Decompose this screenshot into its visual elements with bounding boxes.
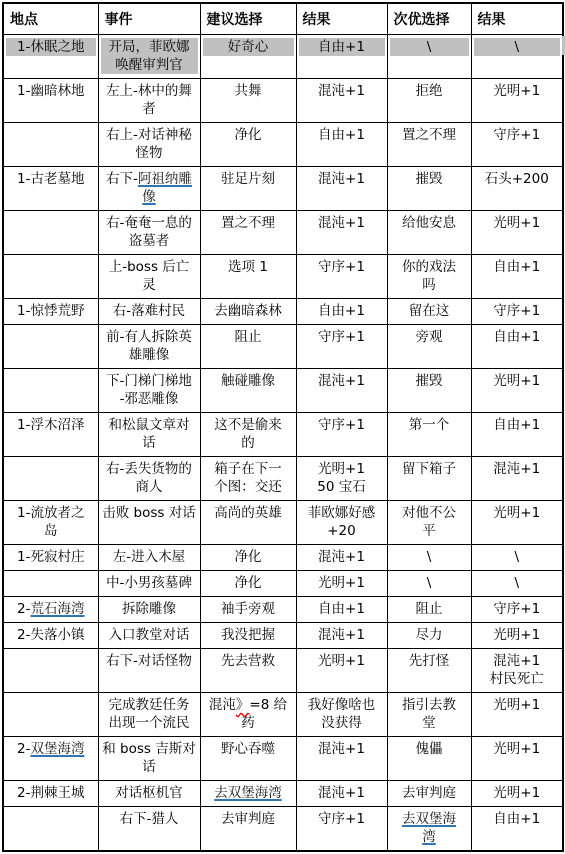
table-cell: 混沌+1: [471, 457, 563, 501]
column-header: 地点: [3, 3, 98, 35]
cell-text: 对他不公 平: [390, 504, 469, 540]
cell-text: 和 boss 吉斯对 话: [101, 740, 198, 776]
cell-text: [6, 328, 96, 346]
table-cell: 混沌+1 村民死亡: [471, 649, 563, 693]
cell-text: [6, 214, 96, 232]
cell-text: 光明+1: [474, 214, 561, 232]
table-cell: 共舞: [200, 79, 296, 123]
table-cell: 去双堡海 湾: [387, 807, 471, 852]
table-cell: 光明+1: [471, 781, 563, 807]
cell-text: [6, 126, 96, 144]
cell-text: \: [474, 548, 561, 566]
cell-text: 守序+1: [299, 416, 385, 434]
cell-text: 2-荒石海湾: [6, 600, 96, 618]
table-cell: 好奇心: [200, 35, 296, 79]
cell-text: 拒绝: [390, 82, 469, 100]
table-cell: [3, 325, 98, 369]
cell-text: 光明+1: [474, 372, 561, 390]
cell-text: 自由+1: [474, 810, 561, 828]
cell-text: 我好像啥也 没获得: [299, 696, 385, 732]
table-cell: 自由+1: [471, 807, 563, 852]
cell-text: 守序+1: [299, 258, 385, 276]
cell-text: 菲欧娜好感 +20: [299, 504, 385, 540]
table-cell: \: [471, 571, 563, 597]
cell-text: 自由+1: [474, 416, 561, 434]
cell-text: 野心吞噬: [203, 740, 294, 758]
table-cell: 光明+1: [471, 737, 563, 781]
table-cell: 击败 boss 对话: [98, 501, 200, 545]
table-cell: 上-boss 后亡 灵: [98, 255, 200, 299]
table-cell: 自由+1: [471, 413, 563, 457]
table-cell: 开局，菲欧娜 唤醒审判官: [98, 35, 200, 79]
table-cell: 2-双堡海湾: [3, 737, 98, 781]
table-cell: 野心吞噬: [200, 737, 296, 781]
table-cell: 第一个: [387, 413, 471, 457]
table-cell: 傀儡: [387, 737, 471, 781]
table-row: 右-奄奄一息的 盗墓者置之不理混沌+1给他安息光明+1: [3, 211, 563, 255]
cell-text: 1-惊悸荒野: [6, 302, 96, 320]
hyperlink[interactable]: 去双堡海 湾: [402, 811, 456, 845]
cell-text: 光明+1: [299, 574, 385, 592]
table-cell: 你的戏法 吗: [387, 255, 471, 299]
table-cell: 选项 1: [200, 255, 296, 299]
table-cell: 袖手旁观: [200, 597, 296, 623]
table-cell: 置之不理: [387, 123, 471, 167]
table-cell: 完成教廷任务 出现一个流民: [98, 693, 200, 737]
table-cell: \: [471, 545, 563, 571]
column-header: 结果: [296, 3, 387, 35]
table-cell: 拆除雕像: [98, 597, 200, 623]
cell-text: 混沌+1: [299, 740, 385, 758]
table-cell: 自由+1: [471, 325, 563, 369]
cell-text: 混沌》=8 给 药: [203, 696, 294, 732]
cell-text: 光明+1: [299, 652, 385, 670]
cell-text: 左-进入木屋: [101, 548, 198, 566]
cell-text: 右上-对话神秘 怪物: [101, 126, 198, 162]
table-cell: 先去营救: [200, 649, 296, 693]
table-cell: 右下-猎人: [98, 807, 200, 852]
cell-text: 给他安息: [390, 214, 469, 232]
table-cell: 光明+1: [471, 501, 563, 545]
cell-text: 共舞: [203, 82, 294, 100]
table-row: 前-有人拆除英 雄雕像阻止守序+1旁观自由+1: [3, 325, 563, 369]
cell-text: 右-落难村民: [101, 302, 198, 320]
cell-text: 去幽暗森林: [203, 302, 294, 320]
table-cell: 和松鼠文章对 话: [98, 413, 200, 457]
table-cell: 左上-林中的舞 者: [98, 79, 200, 123]
table-cell: 留下箱子: [387, 457, 471, 501]
table-cell: 混沌+1: [296, 79, 387, 123]
table-body: 1-休眠之地开局，菲欧娜 唤醒审判官好奇心自由+1\\1-幽暗林地左上-林中的舞…: [3, 35, 563, 852]
table-cell: \: [387, 571, 471, 597]
table-cell: 混沌》=8 给 药: [200, 693, 296, 737]
table-cell: 摧毁: [387, 167, 471, 211]
table-cell: [3, 369, 98, 413]
table-cell: 留在这: [387, 299, 471, 325]
table-cell: 自由+1: [296, 123, 387, 167]
column-header: 次优选择: [387, 3, 471, 35]
cell-text: 下-门梯门梯地 -邪恶雕像: [101, 372, 198, 408]
table-cell: 菲欧娜好感 +20: [296, 501, 387, 545]
table-cell: [3, 649, 98, 693]
table-cell: 1-浮木沼泽: [3, 413, 98, 457]
cell-text: 2-荆棘王城: [6, 784, 96, 802]
cell-text: 置之不理: [390, 126, 469, 144]
table-cell: 阻止: [200, 325, 296, 369]
cell-text: 1-死寂村庄: [6, 548, 96, 566]
cell-text: 去审判庭: [390, 784, 469, 802]
cell-text: 驻足片刻: [203, 170, 294, 188]
table-cell: 我没把握: [200, 623, 296, 649]
table-cell: 1-死寂村庄: [3, 545, 98, 571]
hyperlink[interactable]: 双堡海湾: [30, 741, 84, 757]
table-cell: 高尚的英雄: [200, 501, 296, 545]
cell-text: 先去营救: [203, 652, 294, 670]
table-row: 1-浮木沼泽和松鼠文章对 话这不是偷来 的守序+1第一个自由+1: [3, 413, 563, 457]
table-row: 上-boss 后亡 灵选项 1守序+1你的戏法 吗自由+1: [3, 255, 563, 299]
table-cell: 入口教堂对话: [98, 623, 200, 649]
cell-text: 净化: [203, 548, 294, 566]
table-row: 右下-猎人去审判庭守序+1去双堡海 湾自由+1: [3, 807, 563, 852]
cell-text: 拆除雕像: [101, 600, 198, 618]
table-cell: 箱子在下一 个图：交还: [200, 457, 296, 501]
table-cell: 光明+1 50 宝石: [296, 457, 387, 501]
cell-text: 入口教堂对话: [101, 626, 198, 644]
cell-text: [6, 652, 96, 670]
cell-text: [6, 574, 96, 592]
cell-text: 光明+1: [474, 504, 561, 522]
table-cell: 净化: [200, 123, 296, 167]
table-cell: 指引去教 堂: [387, 693, 471, 737]
table-cell: 2-荆棘王城: [3, 781, 98, 807]
cell-text: 触碰雕像: [203, 372, 294, 390]
table-cell: 左-进入木屋: [98, 545, 200, 571]
table-cell: \: [471, 35, 563, 79]
table-cell: 2-荒石海湾: [3, 597, 98, 623]
cell-text: \: [390, 548, 469, 566]
column-header: 建议选择: [200, 3, 296, 35]
cell-text: 混沌+1: [299, 548, 385, 566]
table-cell: 摧毁: [387, 369, 471, 413]
table-cell: 混沌+1: [296, 369, 387, 413]
cell-text: [6, 258, 96, 276]
table-row: 右下-对话怪物先去营救光明+1先打怪混沌+1 村民死亡: [3, 649, 563, 693]
cell-text: 自由+1: [299, 600, 385, 618]
cell-text: 旁观: [390, 328, 469, 346]
table-cell: 混沌+1: [296, 781, 387, 807]
table-cell: 置之不理: [200, 211, 296, 255]
table-cell: 光明+1: [471, 693, 563, 737]
cell-text: \: [474, 574, 561, 592]
cell-text: 去双堡海 湾: [390, 810, 469, 846]
cell-text: 右-奄奄一息的 盗墓者: [101, 214, 198, 250]
table-cell: [3, 457, 98, 501]
cell-text: 尽力: [390, 626, 469, 644]
highlighted-cell-text: \: [390, 38, 469, 56]
cell-text: 选项 1: [203, 258, 294, 276]
table-cell: 给他安息: [387, 211, 471, 255]
table-cell: 1-幽暗林地: [3, 79, 98, 123]
table-row: 1-流放者之 岛击败 boss 对话高尚的英雄菲欧娜好感 +20对他不公 平光明…: [3, 501, 563, 545]
table-cell: 守序+1: [471, 597, 563, 623]
cell-text: 自由+1: [299, 126, 385, 144]
table-cell: 自由+1: [296, 35, 387, 79]
table-cell: 去双堡海湾: [200, 781, 296, 807]
cell-text: [6, 460, 96, 478]
table-cell: 光明+1: [471, 623, 563, 649]
cell-text: 击败 boss 对话: [101, 504, 198, 522]
table-row: 2-双堡海湾和 boss 吉斯对 话野心吞噬混沌+1傀儡光明+1: [3, 737, 563, 781]
cell-text: [6, 372, 96, 390]
table-cell: 尽力: [387, 623, 471, 649]
table-cell: 自由+1: [296, 597, 387, 623]
table-row: 2-失落小镇入口教堂对话我没把握混沌+1尽力光明+1: [3, 623, 563, 649]
cell-text: \: [390, 574, 469, 592]
highlighted-cell-text: \: [474, 38, 561, 56]
cell-text: [6, 810, 96, 828]
cell-text: 光明+1: [474, 82, 561, 100]
table-cell: [3, 211, 98, 255]
table-cell: 和 boss 吉斯对 话: [98, 737, 200, 781]
hyperlink[interactable]: 阿祖纳雕 像: [138, 171, 192, 205]
table-cell: 去审判庭: [387, 781, 471, 807]
table-cell: \: [387, 35, 471, 79]
table-row: 下-门梯门梯地 -邪恶雕像触碰雕像混沌+1摧毁光明+1: [3, 369, 563, 413]
cell-text: 1-幽暗林地: [6, 82, 96, 100]
table-cell: [3, 255, 98, 299]
cell-text: 高尚的英雄: [203, 504, 294, 522]
cell-text: 混沌+1: [299, 626, 385, 644]
table-cell: 2-失落小镇: [3, 623, 98, 649]
cell-text: 光明+1 50 宝石: [299, 460, 385, 496]
cell-text: 左上-林中的舞 者: [101, 82, 198, 118]
table-cell: [3, 807, 98, 852]
cell-text: 置之不理: [203, 214, 294, 232]
table-cell: 1-古老墓地: [3, 167, 98, 211]
cell-text: 留在这: [390, 302, 469, 320]
table-cell: 右上-对话神秘 怪物: [98, 123, 200, 167]
guide-table: 地点事件建议选择结果次优选择结果 1-休眠之地开局，菲欧娜 唤醒审判官好奇心自由…: [2, 2, 564, 852]
table-row: 右上-对话神秘 怪物净化自由+1置之不理守序+1: [3, 123, 563, 167]
cell-text: 第一个: [390, 416, 469, 434]
cell-text: 留下箱子: [390, 460, 469, 478]
table-cell: 中-小男孩墓碑: [98, 571, 200, 597]
cell-text: 上-boss 后亡 灵: [101, 258, 198, 294]
cell-text: 阻止: [203, 328, 294, 346]
table-cell: 石头+200: [471, 167, 563, 211]
cell-text: 自由+1: [474, 328, 561, 346]
cell-text: 这不是偷来 的: [203, 416, 294, 452]
table-cell: 光明+1: [296, 571, 387, 597]
cell-text: 光明+1: [474, 740, 561, 758]
table-cell: 前-有人拆除英 雄雕像: [98, 325, 200, 369]
cell-text: 净化: [203, 574, 294, 592]
cell-text: 1-古老墓地: [6, 170, 96, 188]
table-cell: 先打怪: [387, 649, 471, 693]
cell-text: 袖手旁观: [203, 600, 294, 618]
highlighted-cell-text: 开局，菲欧娜 唤醒审判官: [101, 38, 198, 74]
cell-text: 箱子在下一 个图：交还: [203, 460, 294, 496]
cell-text: 混沌+1 村民死亡: [474, 652, 561, 688]
highlighted-cell-text: 1-休眠之地: [6, 38, 96, 56]
table-cell: 光明+1: [296, 649, 387, 693]
cell-text: 中-小男孩墓碑: [101, 574, 198, 592]
table-cell: 守序+1: [296, 807, 387, 852]
cell-text: 去双堡海湾: [203, 784, 294, 802]
table-cell: 光明+1: [471, 211, 563, 255]
table-cell: 混沌+1: [296, 737, 387, 781]
table-cell: 自由+1: [296, 299, 387, 325]
cell-text: 傀儡: [390, 740, 469, 758]
table-cell: 去审判庭: [200, 807, 296, 852]
cell-text: 混沌+1: [299, 214, 385, 232]
cell-text: 阻止: [390, 600, 469, 618]
column-header: 事件: [98, 3, 200, 35]
table-cell: 1-休眠之地: [3, 35, 98, 79]
table-row: 1-休眠之地开局，菲欧娜 唤醒审判官好奇心自由+1\\: [3, 35, 563, 79]
cell-text: 石头+200: [474, 170, 561, 188]
table-row: 右-丢失货物的 商人箱子在下一 个图：交还光明+1 50 宝石留下箱子混沌+1: [3, 457, 563, 501]
cell-text: 1-浮木沼泽: [6, 416, 96, 434]
table-cell: 右-落难村民: [98, 299, 200, 325]
table-cell: 右-丢失货物的 商人: [98, 457, 200, 501]
table-cell: [3, 693, 98, 737]
cell-text: 你的戏法 吗: [390, 258, 469, 294]
hyperlink[interactable]: 去双堡海湾: [214, 785, 282, 801]
cell-text: 混沌+1: [299, 372, 385, 390]
table-header: 地点事件建议选择结果次优选择结果: [3, 3, 563, 35]
cell-text: 光明+1: [474, 696, 561, 714]
table-cell: \: [387, 545, 471, 571]
table-row: 2-荒石海湾拆除雕像袖手旁观自由+1阻止守序+1: [3, 597, 563, 623]
table-row: 中-小男孩墓碑净化光明+1\\: [3, 571, 563, 597]
table-row: 完成教廷任务 出现一个流民混沌》=8 给 药我好像啥也 没获得指引去教 堂光明+…: [3, 693, 563, 737]
cell-text: 摧毁: [390, 372, 469, 390]
table-cell: 自由+1: [471, 255, 563, 299]
document-page: 地点事件建议选择结果次优选择结果 1-休眠之地开局，菲欧娜 唤醒审判官好奇心自由…: [0, 2, 565, 854]
table-cell: 下-门梯门梯地 -邪恶雕像: [98, 369, 200, 413]
table-cell: 守序+1: [296, 325, 387, 369]
highlighted-cell-text: 自由+1: [299, 38, 385, 56]
cell-text: 自由+1: [474, 258, 561, 276]
cell-text: 守序+1: [299, 810, 385, 828]
table-cell: 对话枢机官: [98, 781, 200, 807]
cell-text: 守序+1: [474, 600, 561, 618]
table-cell: [3, 571, 98, 597]
table-cell: 净化: [200, 571, 296, 597]
cell-text: 守序+1: [299, 328, 385, 346]
table-cell: 驻足片刻: [200, 167, 296, 211]
table-cell: 右-奄奄一息的 盗墓者: [98, 211, 200, 255]
table-cell: 我好像啥也 没获得: [296, 693, 387, 737]
cell-text: 2-双堡海湾: [6, 740, 96, 758]
spellcheck-squiggle-text: 》: [236, 697, 250, 713]
cell-text: 光明+1: [474, 626, 561, 644]
table-cell: 1-惊悸荒野: [3, 299, 98, 325]
table-cell: 光明+1: [471, 79, 563, 123]
table-cell: 守序+1: [471, 123, 563, 167]
cell-text: 右下-猎人: [101, 810, 198, 828]
table-cell: 触碰雕像: [200, 369, 296, 413]
table-cell: 守序+1: [471, 299, 563, 325]
table-cell: 混沌+1: [296, 167, 387, 211]
table-row: 1-幽暗林地左上-林中的舞 者共舞混沌+1拒绝光明+1: [3, 79, 563, 123]
table-row: 2-荆棘王城对话枢机官去双堡海湾混沌+1去审判庭光明+1: [3, 781, 563, 807]
table-cell: 去幽暗森林: [200, 299, 296, 325]
cell-text: [6, 696, 96, 714]
cell-text: 净化: [203, 126, 294, 144]
table-row: 1-古老墓地右下-阿祖纳雕 像驻足片刻混沌+1摧毁石头+200: [3, 167, 563, 211]
cell-text: 混沌+1: [299, 82, 385, 100]
cell-text: 混沌+1: [299, 784, 385, 802]
cell-text: 守序+1: [474, 302, 561, 320]
cell-text: 光明+1: [474, 784, 561, 802]
cell-text: 1-流放者之 岛: [6, 504, 96, 540]
table-cell: [3, 123, 98, 167]
cell-text: 对话枢机官: [101, 784, 198, 802]
table-cell: 右下-对话怪物: [98, 649, 200, 693]
table-cell: 守序+1: [296, 255, 387, 299]
table-cell: 混沌+1: [296, 545, 387, 571]
table-cell: 混沌+1: [296, 623, 387, 649]
cell-text: 指引去教 堂: [390, 696, 469, 732]
table-cell: 右下-阿祖纳雕 像: [98, 167, 200, 211]
cell-text: 摧毁: [390, 170, 469, 188]
cell-text: 完成教廷任务 出现一个流民: [101, 696, 198, 732]
table-cell: 对他不公 平: [387, 501, 471, 545]
cell-text: 守序+1: [474, 126, 561, 144]
cell-text: 混沌+1: [299, 170, 385, 188]
table-cell: 阻止: [387, 597, 471, 623]
table-cell: 守序+1: [296, 413, 387, 457]
cell-text: 自由+1: [299, 302, 385, 320]
cell-text: 我没把握: [203, 626, 294, 644]
cell-text: 右下-阿祖纳雕 像: [101, 170, 198, 206]
highlighted-cell-text: 好奇心: [203, 38, 294, 56]
table-cell: 1-流放者之 岛: [3, 501, 98, 545]
cell-text: 右-丢失货物的 商人: [101, 460, 198, 496]
table-cell: 拒绝: [387, 79, 471, 123]
cell-text: 前-有人拆除英 雄雕像: [101, 328, 198, 364]
cell-text: 先打怪: [390, 652, 469, 670]
table-cell: 旁观: [387, 325, 471, 369]
cell-text: 去审判庭: [203, 810, 294, 828]
table-row: 1-惊悸荒野右-落难村民去幽暗森林自由+1留在这守序+1: [3, 299, 563, 325]
hyperlink[interactable]: 荒石海湾: [30, 601, 84, 617]
cell-text: 和松鼠文章对 话: [101, 416, 198, 452]
cell-text: 混沌+1: [474, 460, 561, 478]
table-cell: 光明+1: [471, 369, 563, 413]
table-cell: 净化: [200, 545, 296, 571]
cell-text: 2-失落小镇: [6, 626, 96, 644]
table-row: 1-死寂村庄左-进入木屋净化混沌+1\\: [3, 545, 563, 571]
table-cell: 混沌+1: [296, 211, 387, 255]
column-header: 结果: [471, 3, 563, 35]
header-row: 地点事件建议选择结果次优选择结果: [3, 3, 563, 35]
table-cell: 这不是偷来 的: [200, 413, 296, 457]
cell-text: 右下-对话怪物: [101, 652, 198, 670]
